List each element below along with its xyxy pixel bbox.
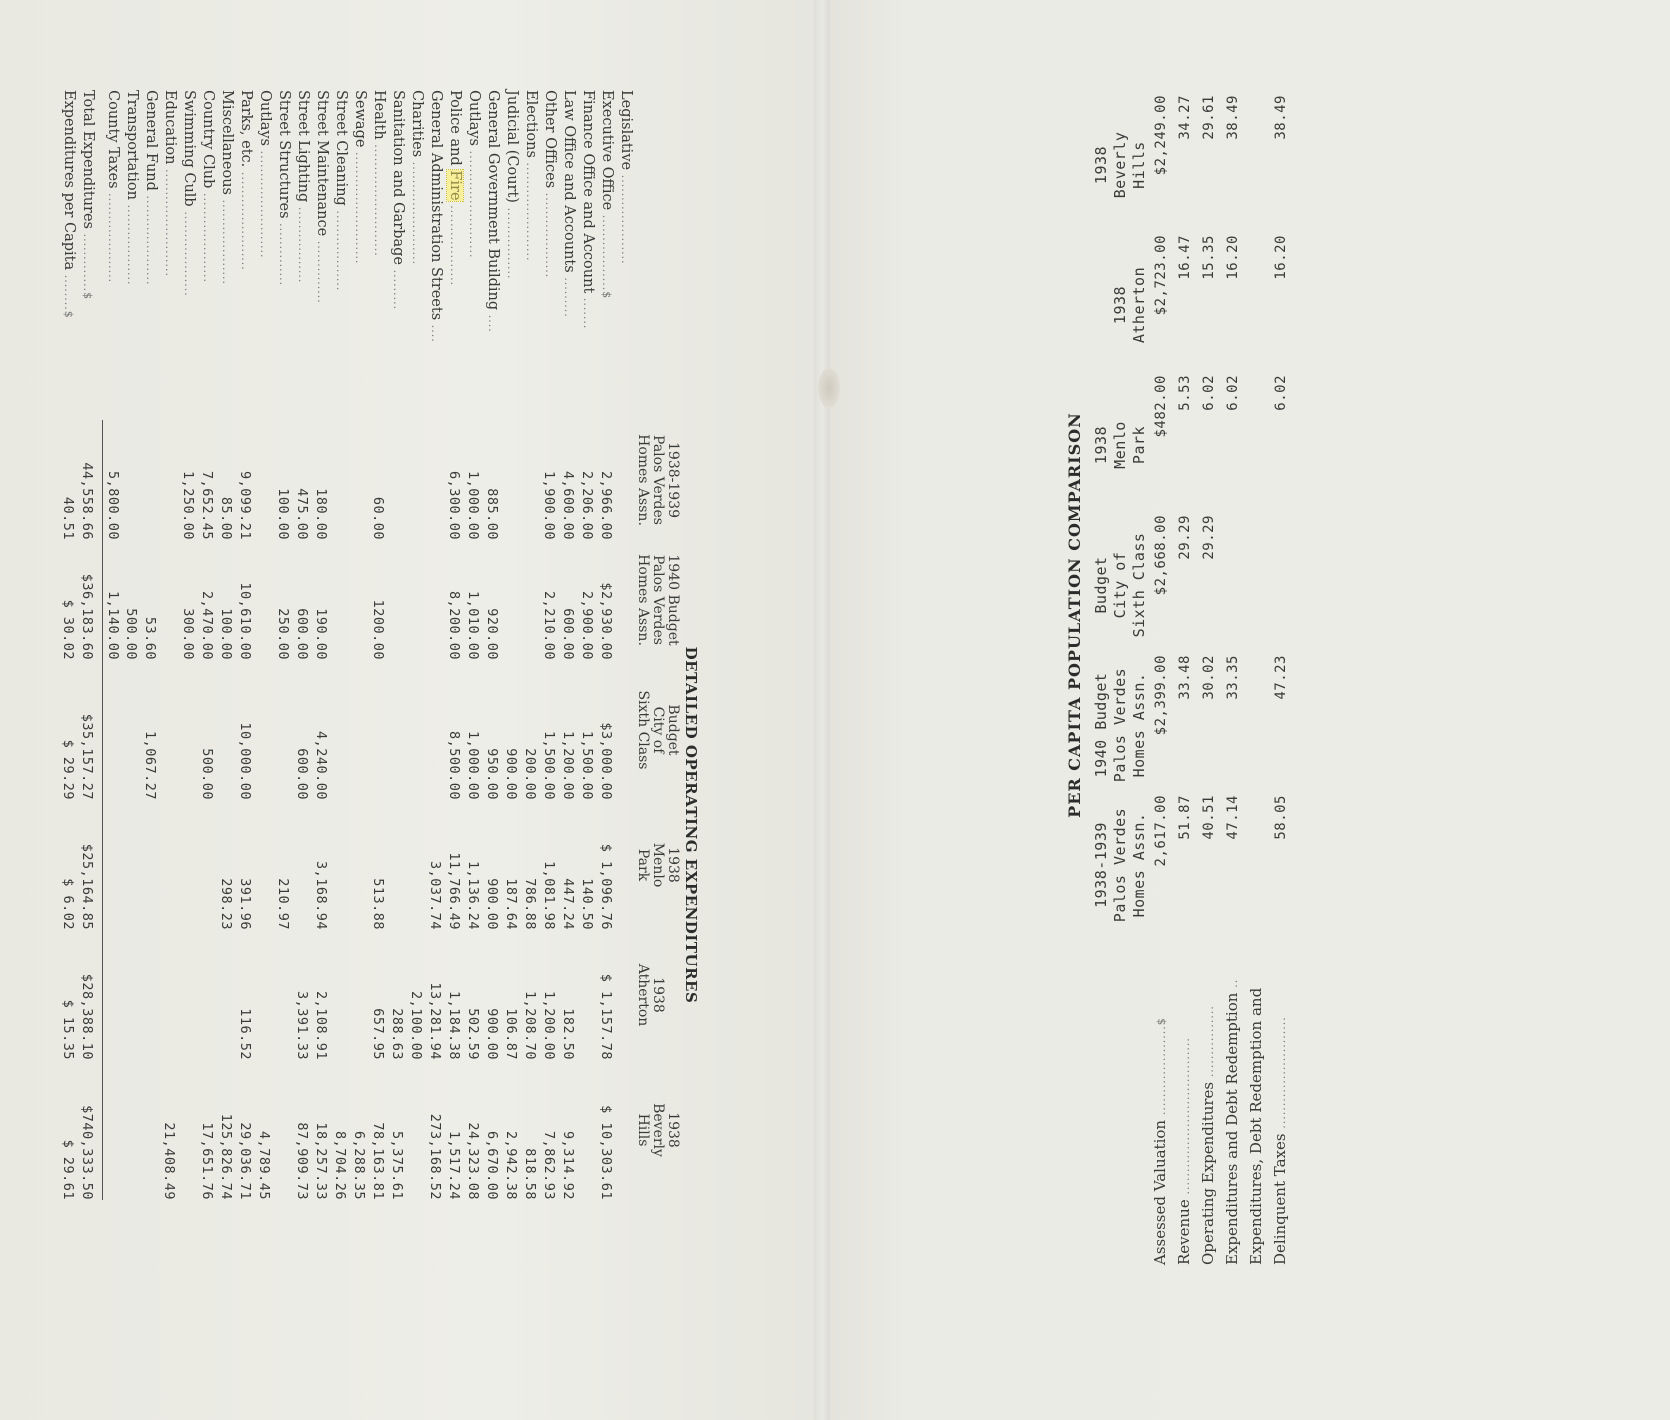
dot-leader: ....................$: [1155, 1017, 1168, 1115]
cell-value: 38.49: [1221, 95, 1245, 235]
row-label: Miscellaneous ...................: [217, 90, 236, 420]
cell-value: [160, 420, 179, 540]
cell-value: 1,000.00: [464, 660, 483, 800]
row-label: General Fund ....................: [141, 90, 160, 420]
cell-value: 1,000.00: [464, 420, 483, 540]
cell-value: [407, 1060, 426, 1200]
cell-value: 1,200.00: [559, 660, 578, 800]
table-row: Judicial (Court) ................900.001…: [502, 90, 521, 1200]
cell-value: [616, 420, 635, 540]
table-row: Executive Office .................$2,966…: [597, 90, 616, 1200]
cell-value: [331, 660, 350, 800]
cell-value: [616, 660, 635, 800]
cell-value: [122, 800, 141, 930]
cell-value: 1,208.70: [521, 930, 540, 1060]
table-row: Health .........................60.00120…: [369, 90, 388, 1200]
row-label-text: Street Maintenance: [314, 90, 330, 236]
cell-value: [407, 420, 426, 540]
row-label-text: Expenditures and Debt Redemption: [1223, 993, 1241, 1265]
cell-value: 900.00: [502, 660, 521, 800]
cell-value: 500.00: [198, 660, 217, 800]
cell-value: 885.00: [483, 420, 502, 540]
dot-leader: ....................: [201, 193, 214, 283]
dot-leader: ........................: [163, 169, 176, 277]
row-label: Operating Expenditures ................: [1197, 935, 1221, 1265]
cell-value: [103, 660, 122, 800]
row-label: Police and Fire ..................: [445, 90, 464, 420]
cell-value: 16.20: [1221, 235, 1245, 375]
row-label: Outlays ........................: [464, 90, 483, 420]
cell-value: $ 10,303.61: [597, 1060, 616, 1200]
table-row: Street Cleaning ..................8,704.…: [331, 90, 350, 1200]
column-header: 1938Atherton: [635, 930, 680, 1060]
cell-value: 47.14: [1221, 795, 1245, 935]
cell-value: 33.48: [1173, 655, 1197, 795]
cell-value: [1245, 235, 1269, 375]
cell-value: [141, 1060, 160, 1200]
cell-value: [198, 930, 217, 1060]
header-line: Hills: [1130, 95, 1149, 235]
table-row: Sanitation and Garbage .........288.635,…: [388, 90, 407, 1200]
cell-value: 391.96: [236, 800, 255, 930]
header-line: Homes Assn.: [1130, 655, 1149, 795]
header-line: 1940 Budget: [1092, 655, 1111, 795]
row-label: Assessed Valuation ....................$: [1149, 935, 1173, 1265]
cell-value: 10,000.00: [236, 660, 255, 800]
cell-value: [1245, 375, 1269, 515]
header-line: Beverly: [1111, 95, 1130, 235]
cell-value: [350, 930, 369, 1060]
dot-leader: .........................: [1275, 1016, 1288, 1128]
cell-value: $740,333.50: [78, 1060, 103, 1200]
row-label: Swimming Culb ...................: [179, 90, 198, 420]
table-row: Street Maintenance ..............180.001…: [312, 90, 331, 1200]
cell-value: 87,909.73: [293, 1060, 312, 1200]
column-header: 1940 BudgetPalos VerdesHomes Assn.: [1092, 655, 1149, 795]
row-label: Street Cleaning ..................: [331, 90, 350, 420]
cell-value: $ 29.29: [59, 660, 78, 800]
header-line: 1938: [650, 930, 665, 1060]
cell-value: [1245, 795, 1269, 935]
header-label-spacer: [635, 90, 680, 420]
row-label: Finance Office and Account .......: [578, 90, 597, 420]
table-row: Expenditures and Debt Redemption ..47.14…: [1221, 95, 1245, 1265]
table-row: Outlays ........................4,789.45: [255, 90, 274, 1200]
header-line: 1938-1939: [665, 420, 680, 540]
search-highlight: Fire: [447, 170, 463, 200]
cell-value: $2,930.00: [597, 540, 616, 660]
column-header: 1938-1939Palos VerdesHomes Assn.: [635, 420, 680, 540]
cell-value: [293, 800, 312, 930]
table-row: General Fund ....................53.601,…: [141, 90, 160, 1200]
cell-value: [616, 930, 635, 1060]
header-line: Budget: [665, 660, 680, 800]
row-label-text: Education: [162, 90, 178, 165]
cell-value: [274, 660, 293, 800]
dot-leader: ......................: [239, 172, 252, 271]
row-label-text: Revenue: [1175, 1199, 1193, 1265]
table-row: Expenditures, Debt Redemption and: [1245, 95, 1269, 1265]
header-line: Beverly: [650, 1060, 665, 1200]
cell-value: 29.61: [1197, 95, 1221, 235]
row-label-text: Finance Office and Account: [580, 90, 596, 293]
row-label: Elections ......................: [521, 90, 540, 420]
cell-value: [388, 800, 407, 930]
row-label-text: Expenditures per Capita: [61, 90, 77, 270]
row-label-text: Sanitation and Garbage: [390, 90, 406, 265]
header-line: 1938-1939: [1092, 795, 1111, 935]
header-line: Homes Assn.: [1130, 795, 1149, 935]
cell-value: 58.05: [1269, 795, 1293, 935]
cell-value: 2,108.91: [312, 930, 331, 1060]
cell-value: 187.64: [502, 800, 521, 930]
cell-value: [578, 1060, 597, 1200]
header-line: 1940 Budget: [665, 540, 680, 660]
cell-value: 1,900.00: [540, 420, 559, 540]
row-label: Other Offices ...................: [540, 90, 559, 420]
table-row: Education ........................21,408…: [160, 90, 179, 1200]
header-line: Menlo: [650, 800, 665, 930]
cell-value: 502.59: [464, 930, 483, 1060]
row-label-text: Country Club: [200, 90, 216, 188]
header-line: Park: [1130, 375, 1149, 515]
cell-value: [578, 930, 597, 1060]
table-row: Other Offices ...................1,900.0…: [540, 90, 559, 1200]
cell-value: 500.00: [122, 540, 141, 660]
cell-value: 298.23: [217, 800, 236, 930]
cell-value: [407, 540, 426, 660]
cell-value: 475.00: [293, 420, 312, 540]
row-label: Outlays ........................: [255, 90, 274, 420]
row-label: County Taxes ....................: [103, 90, 122, 420]
cell-value: [616, 540, 635, 660]
cell-value: $28,388.10: [78, 930, 103, 1060]
header-line: Hills: [635, 1060, 650, 1200]
dot-leader: .............$: [81, 234, 94, 300]
cell-value: 33.35: [1221, 655, 1245, 795]
cell-value: $25,164.85: [78, 800, 103, 930]
column-header: 1938MenloPark: [1092, 375, 1149, 515]
cell-value: 657.95: [369, 930, 388, 1060]
binding-mark: [818, 368, 840, 408]
cell-value: 11,766.49: [445, 800, 464, 930]
cell-value: [122, 420, 141, 540]
cell-value: 6,288.35: [350, 1060, 369, 1200]
row-label: Delinquent Taxes .......................…: [1269, 935, 1293, 1265]
cell-value: 1,517.24: [445, 1060, 464, 1200]
cell-value: 47.23: [1269, 655, 1293, 795]
cell-value: [388, 420, 407, 540]
cell-value: [350, 800, 369, 930]
cell-value: 6.02: [1197, 375, 1221, 515]
row-label: Country Club ....................: [198, 90, 217, 420]
cell-value: 6.02: [1269, 375, 1293, 515]
dot-leader: ....................: [619, 175, 632, 265]
cell-value: 16.20: [1269, 235, 1293, 375]
cell-value: [274, 930, 293, 1060]
cell-value: $2,723.00: [1149, 235, 1173, 375]
cell-value: 2,900.00: [578, 540, 597, 660]
detailed-expenditures-table: 1938-1939Palos VerdesHomes Assn. 1940 Bu…: [59, 90, 680, 1200]
per-capita-table: 1938-1939Palos VerdesHomes Assn. 1940 Bu…: [1092, 95, 1293, 1265]
dot-leader: ........$: [62, 275, 75, 319]
cell-value: 85.00: [217, 420, 236, 540]
dot-leader: ..............: [277, 223, 290, 286]
cell-value: [426, 540, 445, 660]
cell-value: 513.88: [369, 800, 388, 930]
cell-value: [407, 800, 426, 930]
row-label: Transportation ..................: [122, 90, 141, 420]
cell-value: [369, 660, 388, 800]
cell-value: $3,000.00: [597, 660, 616, 800]
header-line: 1938: [1092, 95, 1111, 235]
cell-value: 182.50: [559, 930, 578, 1060]
cell-value: 1,500.00: [540, 660, 559, 800]
cell-value: 2,206.00: [578, 420, 597, 540]
cell-value: $35,157.27: [78, 660, 103, 800]
header-line: Atherton: [1130, 235, 1149, 375]
cell-value: 273,168.52: [426, 1060, 445, 1200]
cell-value: $482.00: [1149, 375, 1173, 515]
cell-value: 786.88: [521, 800, 540, 930]
dot-leader: ..: [1227, 979, 1240, 988]
header-line: Palos Verdes: [1111, 795, 1130, 935]
cell-value: [1269, 515, 1293, 655]
cell-value: [1245, 655, 1269, 795]
cell-value: $2,249.00: [1149, 95, 1173, 235]
cell-value: $ 6.02: [59, 800, 78, 930]
cell-value: 1,250.00: [179, 420, 198, 540]
header-line: Sixth Class: [1130, 515, 1149, 655]
cell-value: 15.35: [1197, 235, 1221, 375]
cell-value: 100.00: [274, 420, 293, 540]
header-line: City of: [650, 660, 665, 800]
row-label: Health .........................: [369, 90, 388, 420]
row-label: Expenditures per Capita ........$: [59, 90, 78, 420]
dot-leader: .........................: [372, 144, 385, 256]
row-label: General Government Building ....: [483, 90, 502, 420]
cell-value: [255, 540, 274, 660]
header-line: Sixth Class: [635, 660, 650, 800]
cell-value: [426, 660, 445, 800]
cell-value: [255, 660, 274, 800]
row-label: Education ........................: [160, 90, 179, 420]
cell-value: 1,136.24: [464, 800, 483, 930]
cell-value: 29.29: [1197, 515, 1221, 655]
cell-value: [160, 930, 179, 1060]
dot-leader: ........................: [258, 151, 271, 259]
column-header: 1938MenloPark: [635, 800, 680, 930]
header-line: Palos Verdes: [1111, 655, 1130, 795]
cell-value: 1,010.00: [464, 540, 483, 660]
cell-value: 210.97: [274, 800, 293, 930]
row-label: Street Structures ..............: [274, 90, 293, 420]
per-capita-table-body: Assessed Valuation ....................$…: [1149, 95, 1293, 1265]
dot-leader: ................: [1203, 1005, 1216, 1077]
row-label-text: Delinquent Taxes: [1271, 1133, 1289, 1265]
row-label: Law Office and Accounts .........: [559, 90, 578, 420]
table-header-row: 1938-1939Palos VerdesHomes Assn. 1940 Bu…: [635, 90, 680, 1200]
row-label-text: Other Offices: [542, 90, 558, 188]
cell-value: [350, 420, 369, 540]
row-label-text: Elections: [523, 90, 539, 158]
dot-leader: ......................: [524, 163, 537, 262]
row-label-text: Legislative: [618, 90, 634, 170]
row-label-text: Charities: [409, 90, 425, 157]
row-label-text: Judicial (Court): [504, 90, 520, 203]
table-row: Sewage .........................6,288.35: [350, 90, 369, 1200]
dot-leader: .........: [391, 270, 404, 310]
table-row: General Government Building ....885.0092…: [483, 90, 502, 1200]
cell-value: [388, 540, 407, 660]
dot-leader: ..................: [448, 205, 461, 286]
header-line: Menlo: [1111, 375, 1130, 515]
cell-value: 40.51: [1197, 795, 1221, 935]
per-capita-title: PER CAPITA POPULATION COMPARISON: [1065, 85, 1084, 1145]
cell-value: 6.02: [1221, 375, 1245, 515]
cell-value: 600.00: [559, 540, 578, 660]
cell-value: $2,399.00: [1149, 655, 1173, 795]
cell-value: [198, 800, 217, 930]
dot-leader: .................: [296, 207, 309, 283]
dot-leader: ...................: [543, 193, 556, 278]
cell-value: 78,163.81: [369, 1060, 388, 1200]
table-header-row: 1938-1939Palos VerdesHomes Assn. 1940 Bu…: [1092, 95, 1149, 1265]
cell-value: 4,600.00: [559, 420, 578, 540]
cell-value: [103, 800, 122, 930]
cell-value: $ 15.35: [59, 930, 78, 1060]
row-label: Legislative ....................: [616, 90, 635, 420]
cell-value: [122, 660, 141, 800]
table-row: Street Structures ..............100.0025…: [274, 90, 293, 1200]
cell-value: 7,652.45: [198, 420, 217, 540]
dot-leader: .................$: [600, 215, 613, 299]
row-label-text: Total Expenditures: [80, 90, 96, 229]
table-row: Street Lighting .................475.006…: [293, 90, 312, 1200]
cell-value: 1,200.00: [540, 930, 559, 1060]
dot-leader: .........................: [353, 152, 366, 264]
cell-value: [179, 660, 198, 800]
row-label: Revenue ................................…: [1173, 935, 1197, 1265]
cell-value: [502, 540, 521, 660]
cell-value: [141, 420, 160, 540]
row-label-text: Expenditures, Debt Redemption and: [1247, 988, 1265, 1265]
cell-value: [1245, 515, 1269, 655]
cell-value: 24,323.08: [464, 1060, 483, 1200]
cell-value: [255, 800, 274, 930]
cell-value: [141, 930, 160, 1060]
table-row: County Taxes ....................5,800.0…: [103, 90, 122, 1200]
cell-value: [350, 660, 369, 800]
cell-value: 100.00: [217, 540, 236, 660]
table-row: Legislative ....................: [616, 90, 635, 1200]
expenditures-table-body: Legislative ....................Executiv…: [59, 90, 635, 1200]
header-line: Atherton: [635, 930, 650, 1060]
cell-value: 4,789.45: [255, 1060, 274, 1200]
cell-value: 60.00: [369, 420, 388, 540]
cell-value: [1245, 95, 1269, 235]
table-row: General Administration Streets ....3,037…: [426, 90, 445, 1200]
cell-value: [122, 930, 141, 1060]
header-line: Palos Verdes: [650, 540, 665, 660]
detailed-expenditures-title: DETAILED OPERATING EXPENDITURES: [682, 420, 700, 1230]
cell-value: [426, 420, 445, 540]
cell-value: 125,826.74: [217, 1060, 236, 1200]
cell-value: 1,184.38: [445, 930, 464, 1060]
header-line: Budget: [1092, 515, 1111, 655]
cell-value: 6,670.00: [483, 1060, 502, 1200]
cell-value: 180.00: [312, 420, 331, 540]
cell-value: 4,240.00: [312, 660, 331, 800]
cell-value: 16.47: [1173, 235, 1197, 375]
table-row: Charities .......................2,100.0…: [407, 90, 426, 1200]
cell-value: 116.52: [236, 930, 255, 1060]
cell-value: [103, 1060, 122, 1200]
cell-value: 13,281.94: [426, 930, 445, 1060]
cell-value: [331, 800, 350, 930]
dot-leader: ....: [486, 315, 499, 333]
dot-leader: .......................: [410, 162, 423, 265]
cell-value: $ 1,096.76: [597, 800, 616, 930]
cell-value: 10,610.00: [236, 540, 255, 660]
cell-value: [407, 660, 426, 800]
cell-value: 40.51: [59, 420, 78, 540]
column-header: 1938BeverlyHills: [1092, 95, 1149, 235]
cell-value: 44,558.66: [78, 420, 103, 540]
cell-value: 2,942.38: [502, 1060, 521, 1200]
cell-value: 8,500.00: [445, 660, 464, 800]
column-header: 1938Atherton: [1092, 235, 1149, 375]
row-label-text: Street Lighting: [295, 90, 311, 202]
table-row: Outlays ........................1,000.00…: [464, 90, 483, 1200]
row-label-text: Health: [371, 90, 387, 140]
cell-value: 950.00: [483, 660, 502, 800]
table-row: Operating Expenditures ................4…: [1197, 95, 1221, 1265]
row-label-text: Miscellaneous: [219, 90, 235, 195]
row-label-text: Transportation: [124, 90, 140, 200]
row-label-text: Parks, etc.: [238, 90, 254, 167]
cell-value: [274, 1060, 293, 1200]
table-row: Country Club ....................7,652.4…: [198, 90, 217, 1200]
cell-value: 5,375.61: [388, 1060, 407, 1200]
cell-value: [160, 540, 179, 660]
cell-value: 447.24: [559, 800, 578, 930]
cell-value: [141, 800, 160, 930]
cell-value: 21,408.49: [160, 1060, 179, 1200]
cell-value: 2,210.00: [540, 540, 559, 660]
header-line: Palos Verdes: [650, 420, 665, 540]
cell-value: [521, 420, 540, 540]
table-row: Expenditures per Capita ........$40.51$ …: [59, 90, 78, 1200]
table-row: Assessed Valuation ....................$…: [1149, 95, 1173, 1265]
cell-value: [616, 800, 635, 930]
cell-value: $ 30.02: [59, 540, 78, 660]
row-label: Street Lighting .................: [293, 90, 312, 420]
row-label-text: Operating Expenditures: [1199, 1082, 1217, 1265]
cell-value: 5.53: [1173, 375, 1197, 515]
cell-value: 29,036.71: [236, 1060, 255, 1200]
dot-leader: ...................: [220, 200, 233, 285]
cell-value: 29.29: [1173, 515, 1197, 655]
row-label-text: General Fund: [143, 90, 159, 191]
cell-value: 9,099.21: [236, 420, 255, 540]
cell-value: $2,668.00: [1149, 515, 1173, 655]
cell-value: [103, 930, 122, 1060]
column-header: BudgetCity ofSixth Class: [635, 660, 680, 800]
dot-leader: .........: [562, 277, 575, 317]
table-row: Elections ......................200.0078…: [521, 90, 540, 1200]
cell-value: 17,651.76: [198, 1060, 217, 1200]
